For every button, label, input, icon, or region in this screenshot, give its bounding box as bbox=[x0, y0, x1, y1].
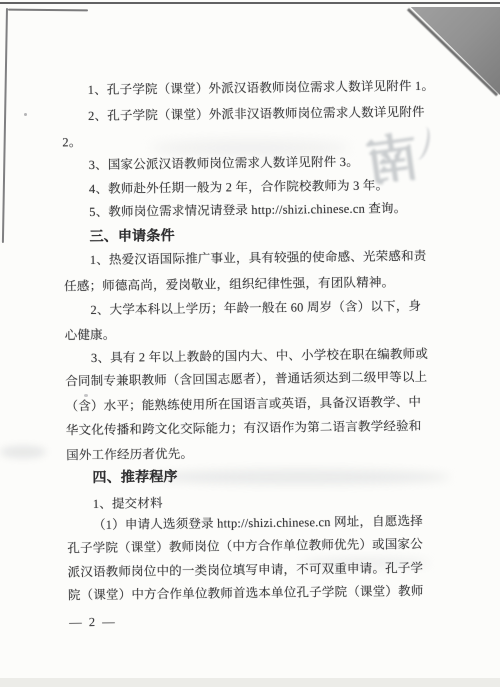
document-body: 1、孔子学院（课堂）外派汉语教师岗位需求人数详见附件 1。 2、孔子学院（课堂）… bbox=[61, 0, 453, 687]
scanned-document-page: 南 1、孔子学院（课堂）外派汉语教师岗位需求人数详见附件 1。 2、孔子学院（课… bbox=[0, 0, 500, 687]
doc-line: 院（课堂）中方合作单位教师首选本单位孔子学院（课堂）教师 bbox=[68, 583, 452, 605]
doc-line: （含）水平；能熟练使用所在国语言或英语，具备汉语教学、中 bbox=[65, 394, 449, 416]
section-heading-recommendation-procedure: 四、推荐程序 bbox=[92, 464, 476, 486]
doc-line: 心健康。 bbox=[65, 323, 449, 345]
page-number: — 2 — bbox=[69, 615, 117, 631]
doc-line: 2、大学本科以上学历；年龄一般在 60 周岁（含）以下，身 bbox=[90, 297, 474, 319]
doc-line: 孔子学院（课堂）教师岗位（中方合作单位教师优先）或国家公 bbox=[67, 536, 451, 558]
doc-line: （1）申请人选须登录 http://shizi.chinese.cn 网址，自愿… bbox=[93, 512, 477, 534]
scan-speck bbox=[24, 113, 27, 116]
doc-line: 3、具有 2 年以上教龄的国内大、中、小学校在职在编教师或 bbox=[91, 345, 475, 367]
doc-line: 派汉语教师岗位中的一类岗位填写申请，不可双重申请。孔子学 bbox=[68, 560, 452, 582]
doc-line: 4、教师赴外任期一般为 2 年，合作院校教师为 3 年。 bbox=[89, 176, 473, 198]
doc-line: 1、孔子学院（课堂）外派汉语教师岗位需求人数详见附件 1。 bbox=[88, 77, 472, 99]
doc-line: 合同制专兼职教师（含回国志愿者），普通话须达到二级甲等以上 bbox=[65, 369, 449, 391]
scan-left-edge-line bbox=[2, 8, 8, 243]
section-heading-application-conditions: 三、申请条件 bbox=[89, 223, 473, 245]
doc-line: 5、教师岗位需求情况请登录 http://shizi.chinese.cn 查询… bbox=[89, 199, 473, 221]
doc-line: 任感；师德高尚，爱岗敬业，组织纪律性强，有团队精神。 bbox=[64, 274, 448, 296]
doc-line: 华文化传播和跨文化交际能力；有汉语作为第二语言教学经验和 bbox=[66, 418, 450, 440]
doc-line: 3、国家公派汉语教师岗位需求人数详见附件 3。 bbox=[89, 152, 473, 174]
bleed-smudge bbox=[0, 446, 46, 458]
doc-line: 1、热爱汉语国际推广事业，具有较强的使命感、光荣感和责 bbox=[90, 247, 474, 269]
doc-line: 2、孔子学院（课堂）外派非汉语教师岗位需求人数详见附件 bbox=[88, 103, 472, 125]
doc-line: 国外工作经历者优先。 bbox=[66, 443, 450, 465]
doc-line: 1、提交材料 bbox=[93, 491, 477, 513]
doc-line: 2。 bbox=[62, 130, 446, 152]
